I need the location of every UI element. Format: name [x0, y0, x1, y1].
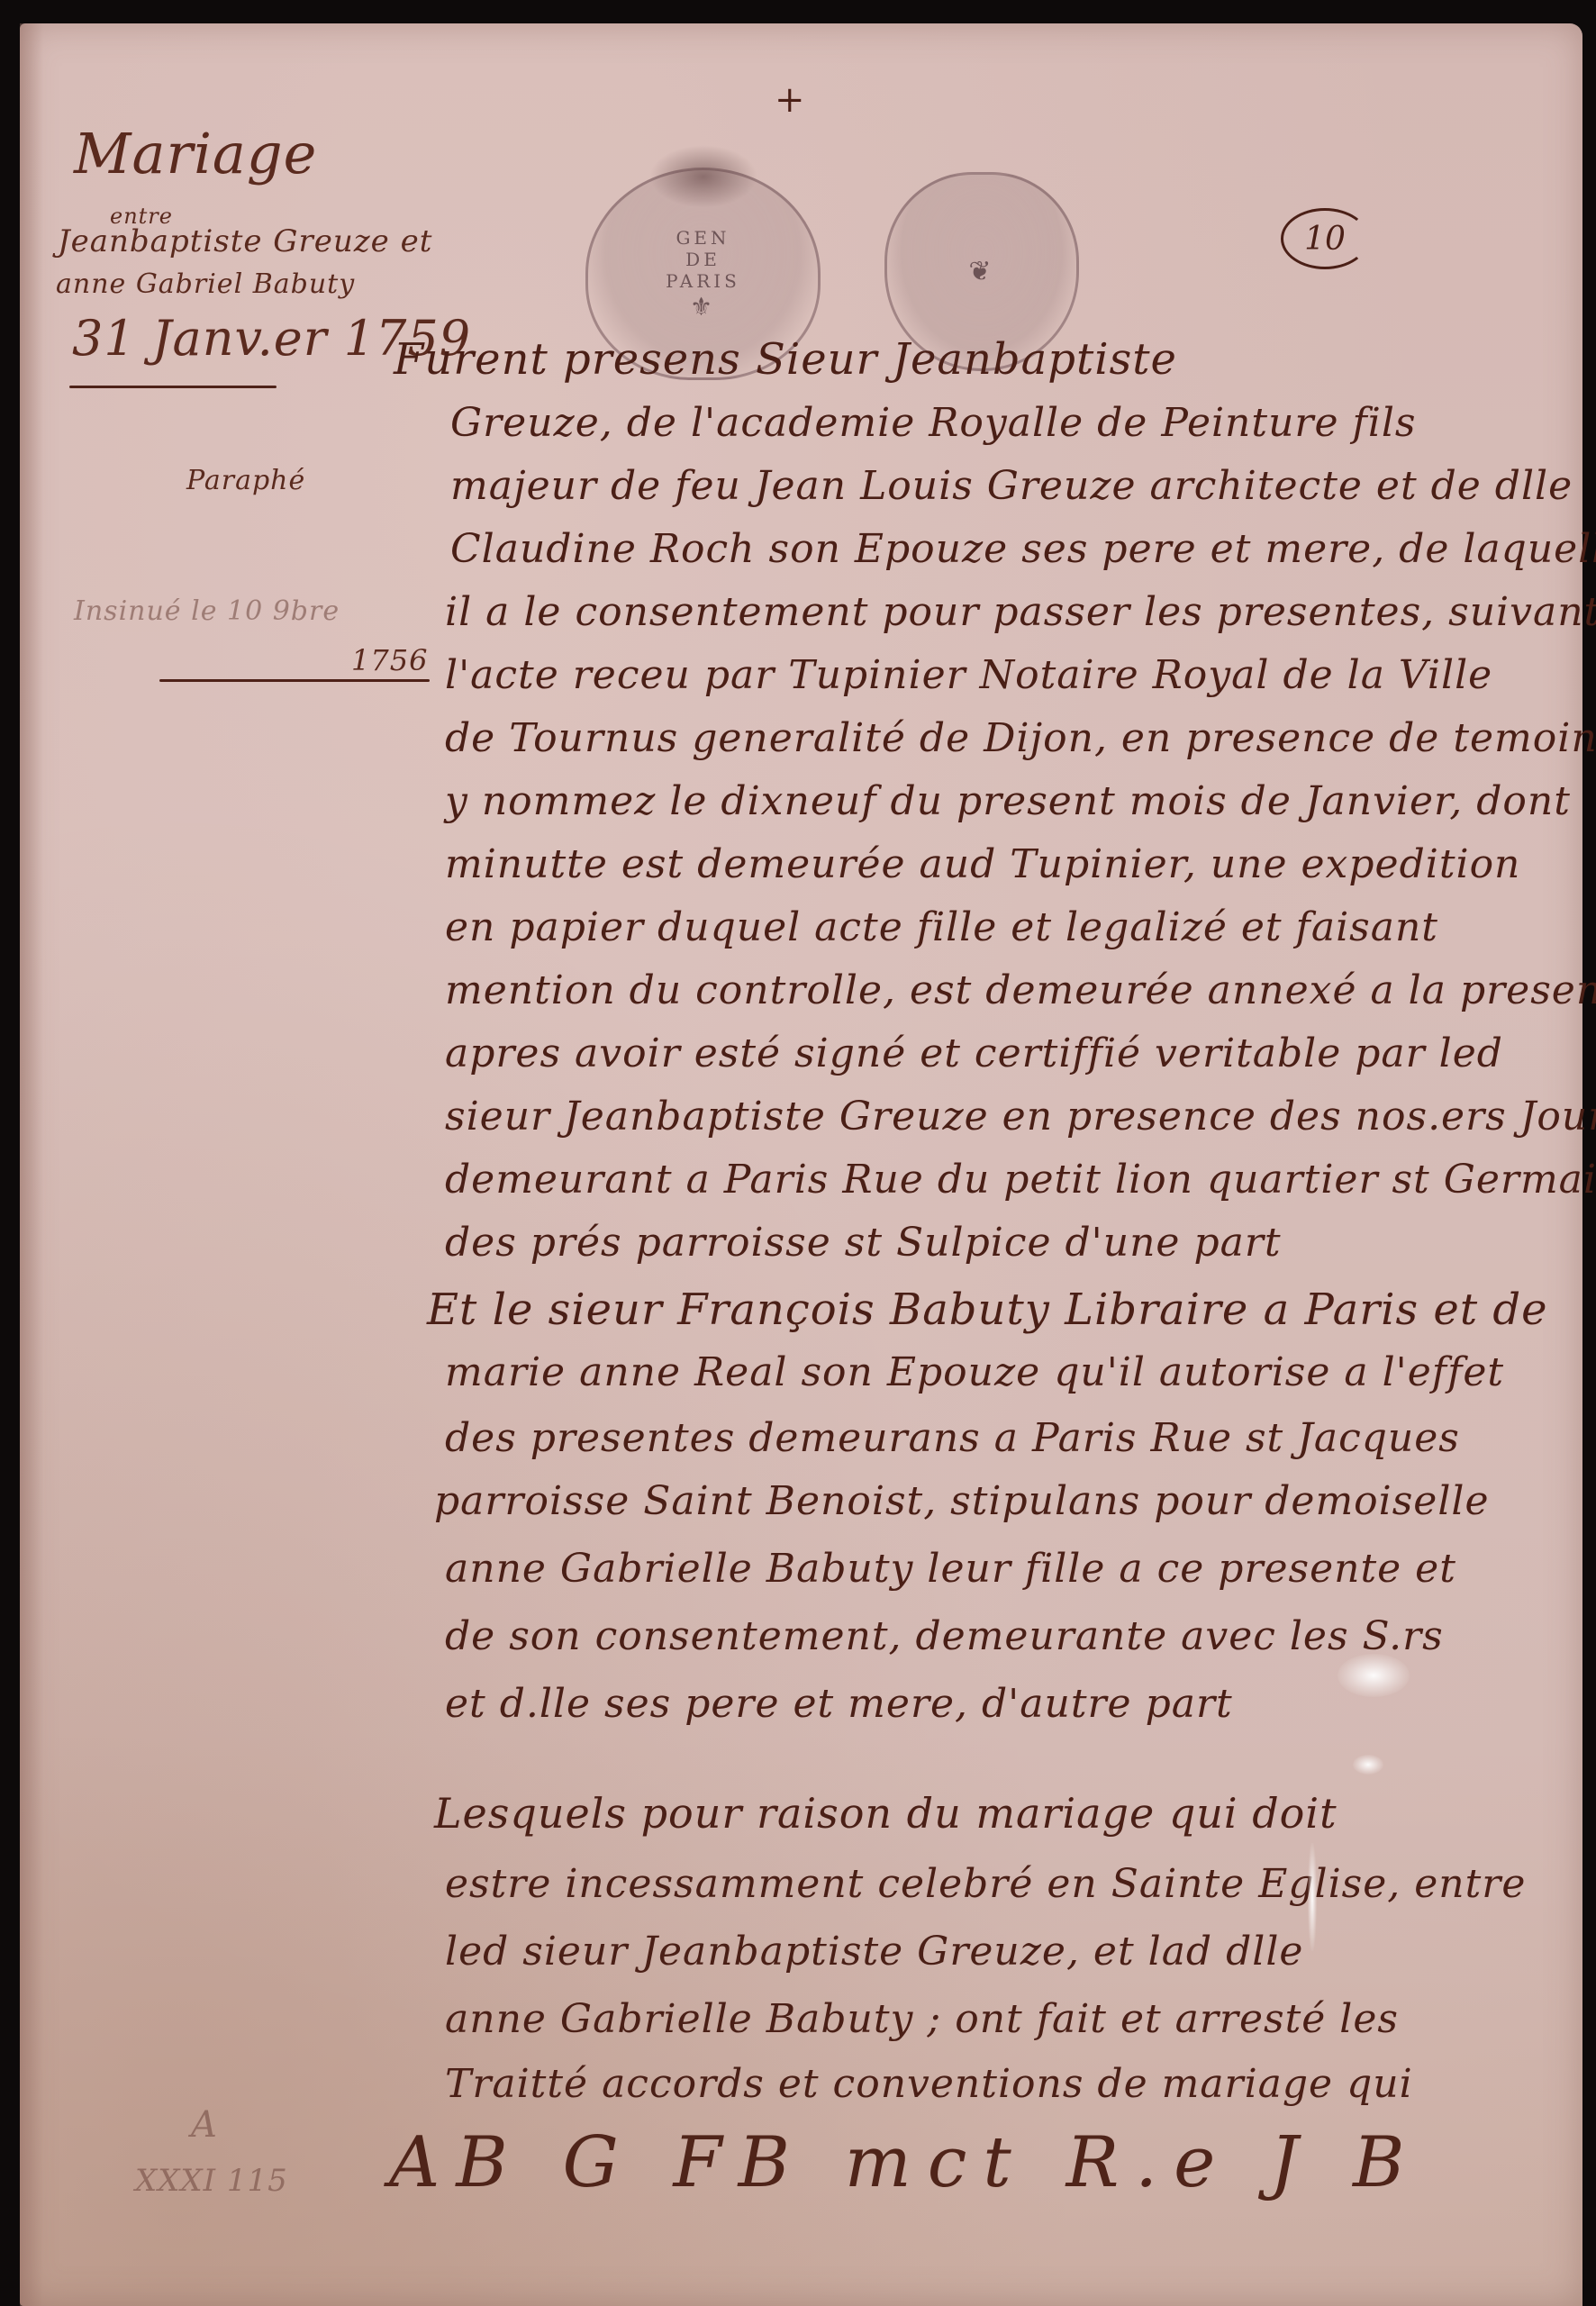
margin-heading-line2: Jeanbaptiste Greuze et — [58, 223, 432, 259]
body-line: parroisse Saint Benoist, stipulans pour … — [434, 1478, 1490, 1524]
body-line: des prés parroisse st Sulpice d'une part — [445, 1220, 1282, 1266]
margin-heading-title: Mariage — [74, 121, 317, 186]
body-line: estre incessamment celebré en Sainte Egl… — [445, 1861, 1526, 1907]
body-line: anne Gabrielle Babuty ; ont fait et arre… — [445, 1996, 1399, 2042]
body-line: Claudine Roch son Epouze ses pere et mer… — [450, 526, 1596, 572]
glass-glare — [1308, 1843, 1317, 1951]
body-line: de Tournus generalité de Dijon, en prese… — [445, 715, 1596, 761]
body-line: Greuze, de l'academie Royalle de Peintur… — [450, 400, 1416, 446]
body-line: de son consentement, demeurante avec les… — [445, 1613, 1444, 1659]
body-line: y nommez le dixneuf du present mois de J… — [445, 778, 1571, 824]
insinuation-note: Insinué le 10 9bre — [74, 595, 340, 627]
body-line: minutte est demeurée aud Tupinier, une e… — [445, 841, 1520, 887]
margin-underline — [69, 386, 277, 388]
body-line: il a le consentement pour passer les pre… — [445, 589, 1596, 635]
manuscript-page: + Mariage entre Jeanbaptiste Greuze et a… — [20, 23, 1582, 2306]
stamp-text-line: PARIS — [666, 270, 740, 292]
body-line: mention du controlle, est demeurée annex… — [445, 967, 1596, 1013]
body-line: en papier duquel acte fille et legalizé … — [445, 904, 1438, 950]
body-line: Lesquels pour raison du mariage qui doit — [434, 1789, 1338, 1838]
body-line: l'acte receu par Tupinier Notaire Royal … — [445, 652, 1492, 698]
stamp-text-line: GEN — [676, 227, 730, 249]
body-line: demeurant a Paris Rue du petit lion quar… — [445, 1157, 1596, 1203]
body-line: Furent presens Sieur Jeanbaptiste — [394, 334, 1177, 385]
body-line: des presentes demeurans a Paris Rue st J… — [445, 1415, 1460, 1461]
folio-number: 10 — [1281, 208, 1369, 269]
body-line: marie anne Real son Epouze qu'il autoris… — [445, 1349, 1504, 1395]
fleur-de-lis-icon: ⚜ — [690, 292, 716, 322]
body-line: led sieur Jeanbaptiste Greuze, et lad dl… — [445, 1929, 1303, 1975]
body-line: apres avoir esté signé et certiffié veri… — [445, 1030, 1503, 1076]
glass-glare — [1353, 1755, 1383, 1775]
paraph-note: Paraphé — [186, 465, 305, 496]
body-line: sieur Jeanbaptiste Greuze en presence de… — [445, 1094, 1596, 1139]
body-line: et d.lle ses pere et mere, d'autre part — [445, 1681, 1233, 1727]
body-line: anne Gabrielle Babuty leur fille a ce pr… — [445, 1546, 1456, 1592]
margin-heading-line3: anne Gabriel Babuty — [56, 268, 355, 300]
top-cross-mark: + — [775, 79, 806, 121]
body-line: majeur de feu Jean Louis Greuze architec… — [450, 463, 1573, 509]
glass-glare — [1338, 1654, 1410, 1697]
stamp-ornament-icon: ❦ — [968, 256, 994, 287]
stamp-text-line: DE — [685, 249, 721, 270]
notary-initials-signatures: AB G FB mct R.e J B — [389, 2122, 1420, 2203]
archive-mark-top: A — [191, 2104, 218, 2146]
stamp-crown-ornament — [649, 145, 757, 208]
margin-note-underline — [159, 679, 430, 682]
folio-number-text: 10 — [1304, 221, 1346, 258]
archive-reference: XXXI 115 — [135, 2163, 288, 2199]
body-line: Et le sieur François Babuty Libraire a P… — [427, 1285, 1548, 1335]
body-line: Traitté accords et conventions de mariag… — [445, 2061, 1413, 2107]
insinuation-year: 1756 — [351, 643, 428, 677]
